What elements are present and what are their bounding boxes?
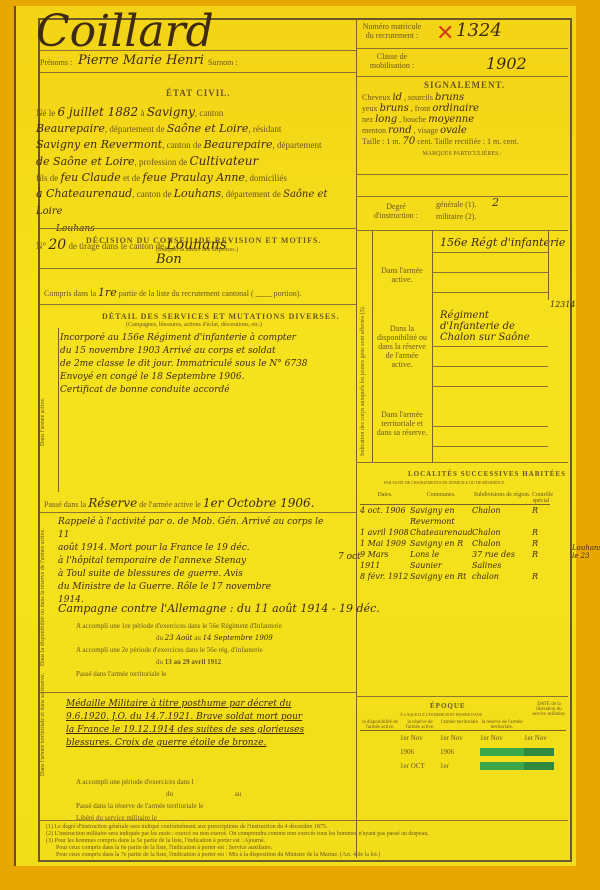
services-subtitle: (Campagnes, blessures, actions d'éclat, … [126,322,262,328]
epoque-title: ÉPOQUE [430,702,466,710]
medaille-entries: Médaille Militaire à titre posthume par … [66,698,346,750]
register-card: Coillard Prénoms : Pierre Marie Henri Su… [14,6,576,866]
cross-mark-icon: ✕ [436,20,454,46]
classe-value: 1902 [486,54,527,73]
compris-line: Compris dans la 1re partie de la liste d… [44,286,301,299]
services-title: DÉTAIL DES SERVICES ET MUTATIONS DIVERSE… [102,312,340,321]
armee-active-value: 156e Régt d'infanterie [440,236,565,249]
surnom-label: Surnom : [208,58,238,67]
table-row: 1 avril 1908ChateaurenaudChalonR [360,527,550,538]
epoque-subtitle: À LAQUELLE L'HOMME DOIT PASSER DANS [400,712,482,717]
corps-side-number: 12314 [550,300,575,309]
table-row: 1 Mai 1909Savigny en RChalonR [360,538,550,549]
date-liberation-title: DATE de la libération du service militai… [532,702,566,717]
footnotes: (1) Le degré d'instruction générale sera… [46,824,566,859]
localites-header: Dates. Communes. Subdivisions de région.… [360,492,550,505]
localites-title: LOCALITÉS SUCCESSIVES HABITÉES [408,470,566,478]
etat-civil-block: Né le 6 juillet 1882 à Savigny, canton B… [36,104,356,254]
matricule-value: 1324 [456,20,502,41]
periodes-block: A accompli une 1re période d'exercices d… [76,620,282,680]
table-row: 19061906 [360,745,566,759]
degre-label: Degré d'instruction : [368,202,424,220]
side-number: 7 oct [338,552,361,562]
table-row: 9 Mars 1911Lons le Saunier37 rue des Sal… [360,549,550,571]
armee-active-label: Dans l'armée active. [376,266,428,284]
matricule-label: Numéro matricule du recrutement : [362,22,422,40]
passe-reserve-line: Passé dans la Réserve de l'armée active … [44,496,314,510]
localites-table: Dates. Communes. Subdivisions de région.… [360,492,550,582]
generale-value: 2 [492,196,499,209]
disponibilite-value: Régiment d'Infanterie de Chalon sur Saôn… [440,310,550,343]
epoque-header: la disponibilité de l'armée active. la r… [360,720,566,731]
prenoms-value: Pierre Marie Henri [78,53,204,68]
corps-vertical-label: Indication des corps auxquels les jeunes… [360,236,366,456]
services-entries: Incorporé au 156e Régiment d'infanterie … [60,332,356,397]
decision-title: DÉCISION DU CONSEIL DE REVISION ET MOTIF… [86,236,321,245]
decision-value: Bon [156,252,182,267]
territoriale-label: Dans l'armée territoriale et dans sa rés… [376,410,428,437]
disponibilite-label: Dans la disponibilité ou dans la réserve… [376,324,428,369]
table-row: 8 févr. 1912Savigny en RtchalonR [360,571,550,582]
etat-civil-title: ÉTAT CIVIL. [166,88,231,98]
signalement-title: SIGNALEMENT. [424,80,505,90]
prenoms-label: Prénoms : [40,58,72,67]
militaire-label: militaire (2). [436,212,476,221]
margin-territoriale: Dans l'armée territoriale et dans sa rés… [40,673,46,776]
table-row: 1er Nov1er Nov1er Nov1er Nov [360,731,566,745]
table-row: 1er OCT1er [360,759,566,773]
reserve-entries: Rappelé à l'activité par o. de Mob. Gén.… [58,516,336,607]
signalement-block: Cheveux id , sourcils bruns yeux bruns ,… [362,92,562,160]
localites-subtitle: PAR SUITE DE CHANGEMENTS DE DOMICILE OU … [384,480,505,485]
margin-armee-active: Dans l'armée active. [40,397,46,446]
generale-label: générale (1). [436,200,476,209]
classe-label: Classe de mobilisation : [362,52,422,70]
campagne-line: Campagne contre l'Allemagne : du 11 août… [58,602,380,615]
localites-side-note: Louhans le 23 [572,544,600,560]
margin-disponibilite: Dans la disponibilité ou dans la réserve… [40,546,46,666]
epoque-table: la disponibilité de l'armée active. la r… [360,720,566,773]
territoriale-block: A accompli une période d'exercices dans … [76,776,241,824]
table-row: 4 oct. 1906Savigny en RevermontChalonR [360,505,550,527]
